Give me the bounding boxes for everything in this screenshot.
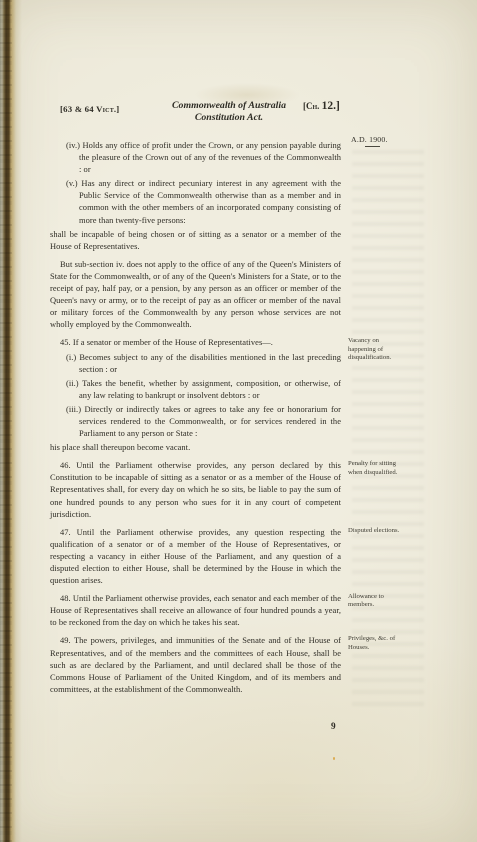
clause-label: (v.) xyxy=(66,178,81,188)
year-note-rule xyxy=(365,146,380,147)
margin-note: Penalty for sitting when disqualified. xyxy=(348,460,408,477)
act-title-line1: Commonwealth of Australia xyxy=(172,100,286,111)
paper-speck xyxy=(333,757,335,760)
paragraph: 48. Until the Parliament otherwise provi… xyxy=(50,592,341,628)
clause-label: (ii.) xyxy=(66,378,82,388)
act-title-line2: Constitution Act. xyxy=(195,112,263,123)
header-regnal-year: [63 & 64 Vict.] xyxy=(60,104,119,114)
sub-clause: (v.) Has any direct or indirect pecuniar… xyxy=(50,177,341,225)
sub-clause: (i.) Becomes subject to any of the disab… xyxy=(50,351,341,375)
sub-clause: (iii.) Directly or indirectly takes or a… xyxy=(50,403,341,439)
paragraph: But sub-section iv. does not apply to th… xyxy=(50,258,341,331)
margin-note: Privileges, &c. of Houses. xyxy=(348,635,408,652)
paragraph: 49. The powers, privileges, and immuniti… xyxy=(50,634,341,694)
clause-label: (iv.) xyxy=(66,140,82,150)
act-text-column: (iv.) Holds any office of profit under t… xyxy=(50,137,341,695)
book-binding-edge xyxy=(0,0,22,842)
paragraph: shall be incapable of being chosen or of… xyxy=(50,228,341,252)
chapter-prefix: [Ch. xyxy=(303,101,322,111)
page-number: 9 xyxy=(331,721,336,731)
scanned-page-photo: [63 & 64 Vict.] Commonwealth of Australi… xyxy=(0,0,477,842)
paragraph: his place shall thereupon become vacant. xyxy=(50,441,341,453)
margin-note: Vacancy on happening of disqualification… xyxy=(348,337,408,362)
paragraph: 45. If a senator or member of the House … xyxy=(50,336,341,348)
margin-year-note: A.D. 1900. xyxy=(351,135,388,147)
sub-clause: (ii.) Takes the benefit, whether by assi… xyxy=(50,377,341,401)
header-act-title: Commonwealth of Australia Constitution A… xyxy=(138,100,320,123)
sub-clause: (iv.) Holds any office of profit under t… xyxy=(50,139,341,175)
margin-note: Allowance to members. xyxy=(348,593,408,610)
paragraph: 47. Until the Parliament otherwise provi… xyxy=(50,526,341,586)
year-note-text: A.D. 1900. xyxy=(351,135,388,144)
paragraph: 46. Until the Parliament otherwise provi… xyxy=(50,459,341,519)
clause-label: (iii.) xyxy=(66,404,85,414)
chapter-number: 12.] xyxy=(322,100,340,112)
header-chapter-ref: [Ch. 12.] xyxy=(303,100,340,112)
clause-label: (i.) xyxy=(66,352,79,362)
margin-note: Disputed elections. xyxy=(348,527,408,535)
reverse-page-show-through xyxy=(352,150,424,710)
